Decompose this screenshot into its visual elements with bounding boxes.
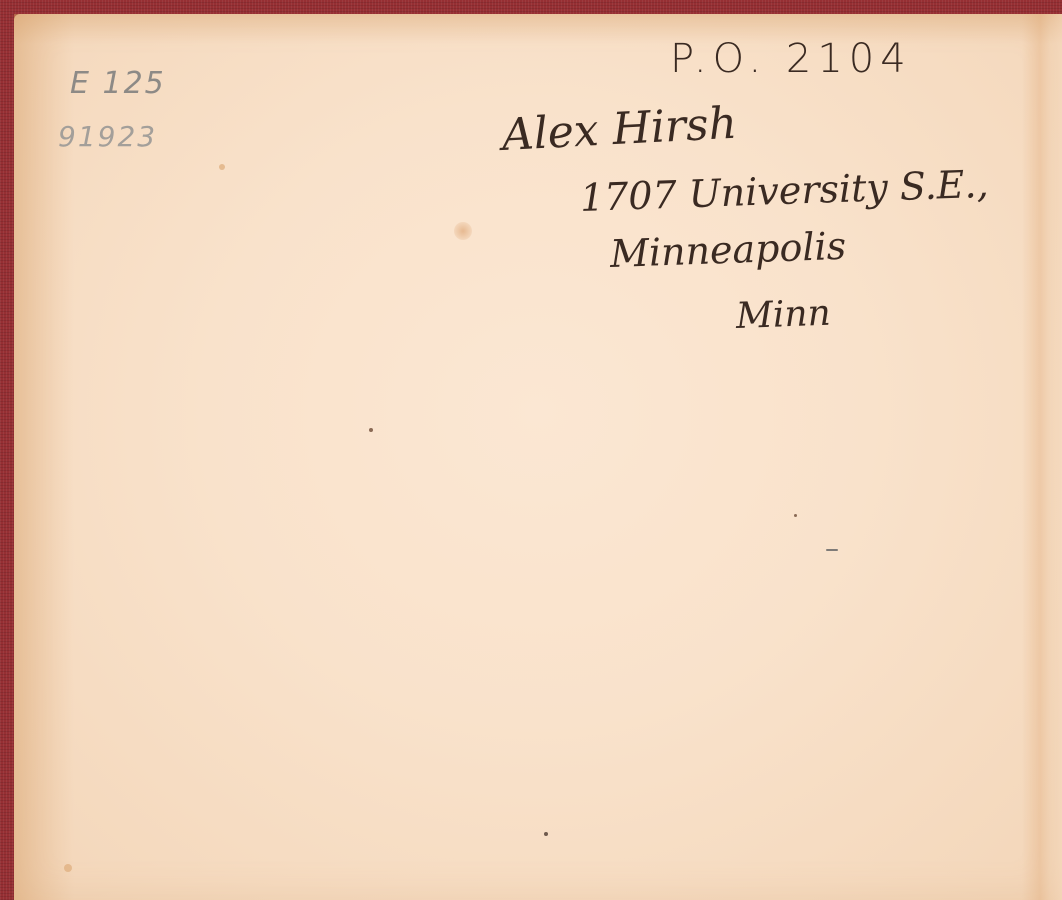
pencil-dash xyxy=(826,549,838,551)
foxing-spot xyxy=(219,164,225,170)
inscription-address-street: 1707 University S.E., xyxy=(579,162,989,220)
pencil-shelf-mark: E 125 xyxy=(70,66,166,101)
ink-dot xyxy=(794,514,797,517)
foxing-spot xyxy=(64,864,72,872)
inscription-address-state: Minn xyxy=(735,293,831,337)
inscription-number: P.O. 2104 xyxy=(670,36,912,82)
inscription-name: Alex Hirsh xyxy=(501,98,738,161)
flyleaf-page: E 125 91923 P.O. 2104 Alex Hirsh 1707 Un… xyxy=(14,14,1062,900)
foxing-spot xyxy=(454,222,472,240)
ink-dot xyxy=(369,428,373,432)
inscription-address-city: Minneapolis xyxy=(609,224,847,276)
ink-dot xyxy=(544,832,548,836)
pencil-accession-number: 91923 xyxy=(58,120,157,153)
page-gutter-shadow xyxy=(1022,14,1062,900)
